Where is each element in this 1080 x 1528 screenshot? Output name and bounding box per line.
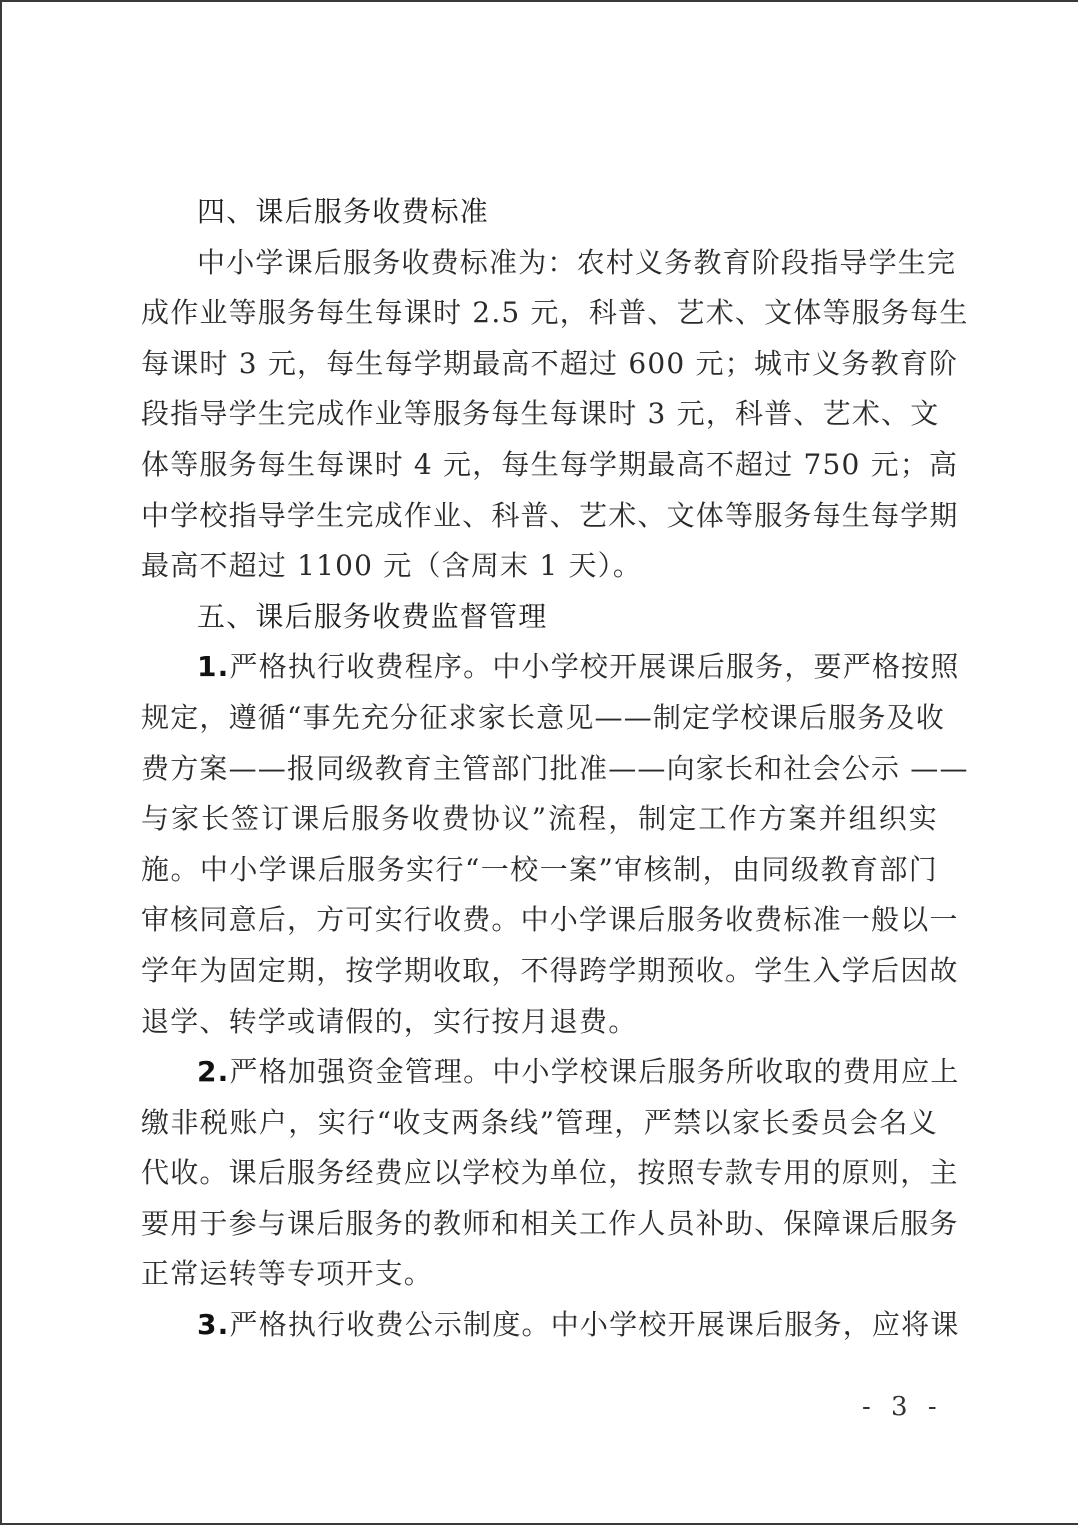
paragraph-line: 正常运转等专项开支。 (141, 1249, 938, 1300)
paragraph-line: 费方案——报同级教育主管部门批准——向家长和社会公示 —— (141, 744, 938, 795)
item-text: 严格执行收费程序。中小学校开展课后服务，要严格按照 (230, 650, 960, 683)
item-number: 3. (197, 1308, 230, 1341)
paragraph-line: 体等服务每生每课时 4 元，每生每学期最高不超过 750 元；高 (141, 440, 938, 491)
paragraph-line: 中学校指导学生完成作业、科普、艺术、文体等服务每生每学期 (141, 491, 938, 542)
paragraph-line: 与家长签订课后服务收费协议”流程，制定工作方案并组织实 (141, 794, 938, 845)
paragraph-line: 每课时 3 元，每生每学期最高不超过 600 元；城市义务教育阶 (141, 339, 938, 390)
paragraph-line: 中小学课后服务收费标准为：农村义务教育阶段指导学生完 (141, 238, 938, 289)
paragraph-line: 要用于参与课后服务的教师和相关工作人员补助、保障课后服务 (141, 1199, 938, 1250)
item-3-first-line: 3.严格执行收费公示制度。中小学校开展课后服务，应将课 (141, 1300, 938, 1351)
paragraph-line: 最高不超过 1100 元（含周末 1 天）。 (141, 541, 938, 592)
paragraph-line: 施。中小学课后服务实行“一校一案”审核制，由同级教育部门 (141, 845, 938, 896)
paragraph-line: 缴非税账户，实行“收支两条线”管理，严禁以家长委员会名义 (141, 1098, 938, 1149)
paragraph-line: 退学、转学或请假的，实行按月退费。 (141, 997, 938, 1048)
item-number: 2. (197, 1055, 230, 1088)
paragraph-line: 成作业等服务每生每课时 2.5 元，科普、艺术、文体等服务每生 (141, 288, 938, 339)
section-heading-5: 五、课后服务收费监督管理 (141, 592, 938, 643)
item-1-first-line: 1.严格执行收费程序。中小学校开展课后服务，要严格按照 (141, 642, 938, 693)
document-body: 四、课后服务收费标准 中小学课后服务收费标准为：农村义务教育阶段指导学生完 成作… (141, 187, 938, 1351)
paragraph-line: 学年为固定期，按学期收取，不得跨学期预收。学生入学后因故 (141, 946, 938, 997)
section-heading-4: 四、课后服务收费标准 (141, 187, 938, 238)
paragraph-line: 段指导学生完成作业等服务每生每课时 3 元，科普、艺术、文 (141, 389, 938, 440)
item-text: 严格执行收费公示制度。中小学校开展课后服务，应将课 (230, 1308, 960, 1341)
item-number: 1. (197, 650, 230, 683)
item-2-first-line: 2.严格加强资金管理。中小学校课后服务所收取的费用应上 (141, 1047, 938, 1098)
item-text: 严格加强资金管理。中小学校课后服务所收取的费用应上 (230, 1055, 960, 1088)
paragraph-line: 代收。课后服务经费应以学校为单位，按照专款专用的原则，主 (141, 1148, 938, 1199)
paragraph-line: 规定，遵循“事先充分征求家长意见——制定学校课后服务及收 (141, 693, 938, 744)
paragraph-line: 审核同意后，方可实行收费。中小学课后服务收费标准一般以一 (141, 895, 938, 946)
page-number: - 3 - (862, 1392, 943, 1422)
